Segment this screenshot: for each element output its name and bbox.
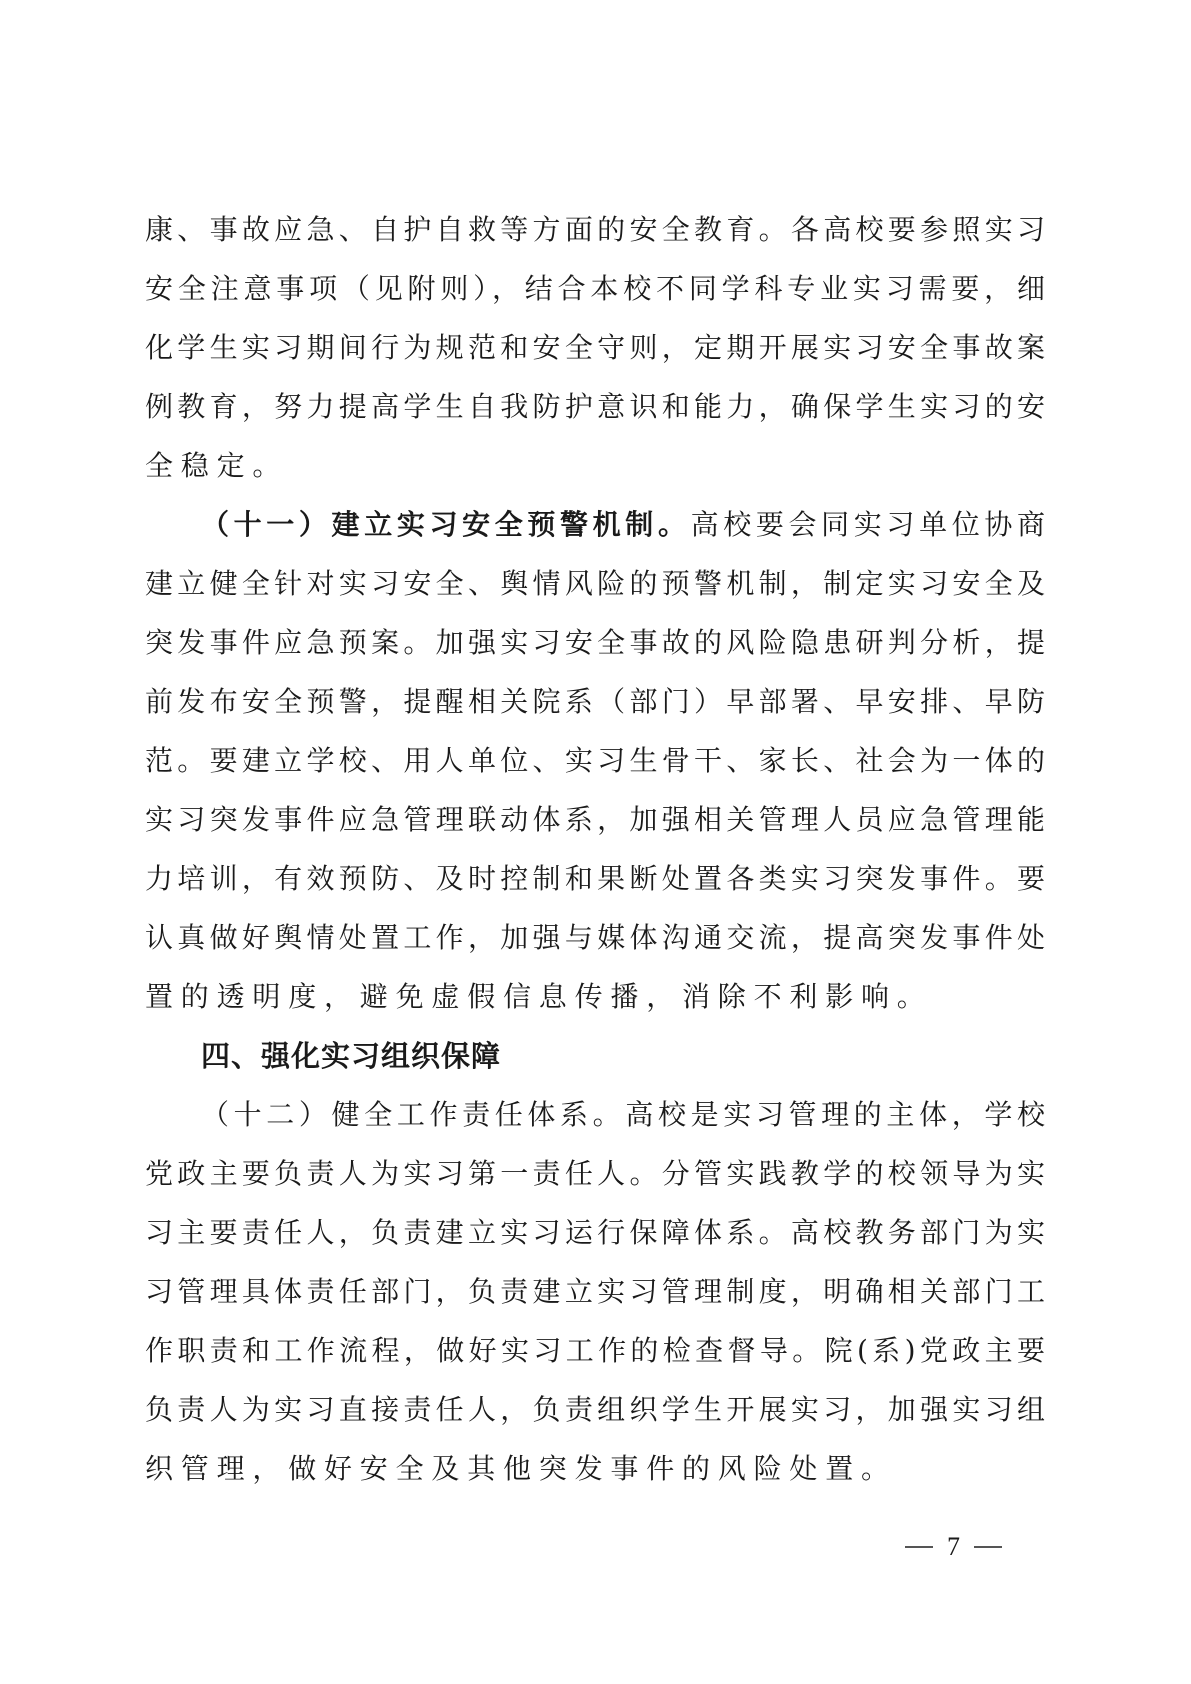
paragraph-line: 建立健全针对实习安全、舆情风险的预警机制，制定实习安全及: [145, 567, 1045, 601]
dash-right: [974, 1546, 1002, 1548]
section-11-title: （十一）建立实习安全预警机制。: [201, 508, 691, 541]
dash-left: [905, 1546, 933, 1548]
paragraph-line: 例教育，努力提高学生自我防护意识和能力，确保学生实习的安: [145, 390, 1045, 424]
section-11-first-line: （十一）建立实习安全预警机制。高校要会同实习单位协商: [201, 508, 1045, 542]
paragraph-line: 认真做好舆情处置工作，加强与媒体沟通交流，提高突发事件处: [145, 921, 1045, 955]
paragraph-line: 力培训，有效预防、及时控制和果断处置各类实习突发事件。要: [145, 862, 1045, 896]
paragraph-line: 党政主要负责人为实习第一责任人。分管实践教学的校领导为实: [145, 1157, 1045, 1191]
paragraph-line: 安全注意事项（见附则），结合本校不同学科专业实习需要，细: [145, 272, 1045, 306]
paragraph-line: 作职责和工作流程，做好实习工作的检查督导。院(系)党政主要: [145, 1334, 1045, 1368]
paragraph-line: 化学生实习期间行为规范和安全守则，定期开展实习安全事故案: [145, 331, 1045, 365]
paragraph-line: 习主要责任人，负责建立实习运行保障体系。高校教务部门为实: [145, 1216, 1045, 1250]
section-11-text: 高校要会同实习单位协商: [691, 508, 1045, 541]
paragraph-line: 前发布安全预警，提醒相关院系（部门）早部署、早安排、早防: [145, 685, 1045, 719]
paragraph-line: 范。要建立学校、用人单位、实习生骨干、家长、社会为一体的: [145, 744, 1045, 778]
paragraph-line: 全稳定。: [145, 449, 1045, 483]
paragraph-line: 实习突发事件应急管理联动体系，加强相关管理人员应急管理能: [145, 803, 1045, 837]
paragraph-line: 负责人为实习直接责任人，负责组织学生开展实习，加强实习组: [145, 1393, 1045, 1427]
page-number-value: 7: [947, 1532, 960, 1562]
section-heading: 四、强化实习组织保障: [201, 1039, 501, 1073]
paragraph-line: 织管理，做好安全及其他突发事件的风险处置。: [145, 1452, 1045, 1486]
paragraph-line: 习管理具体责任部门，负责建立实习管理制度，明确相关部门工: [145, 1275, 1045, 1309]
paragraph-line: 突发事件应急预案。加强实习安全事故的风险隐患研判分析，提: [145, 626, 1045, 660]
paragraph-line: 康、事故应急、自护自救等方面的安全教育。各高校要参照实习: [145, 213, 1045, 247]
document-page: 康、事故应急、自护自救等方面的安全教育。各高校要参照实习 安全注意事项（见附则）…: [0, 0, 1191, 1684]
section-12-first-line: （十二）健全工作责任体系。高校是实习管理的主体，学校: [201, 1098, 1045, 1132]
paragraph-line: 置的透明度，避免虚假信息传播，消除不利影响。: [145, 980, 1045, 1014]
page-number: 7: [905, 1532, 1002, 1562]
